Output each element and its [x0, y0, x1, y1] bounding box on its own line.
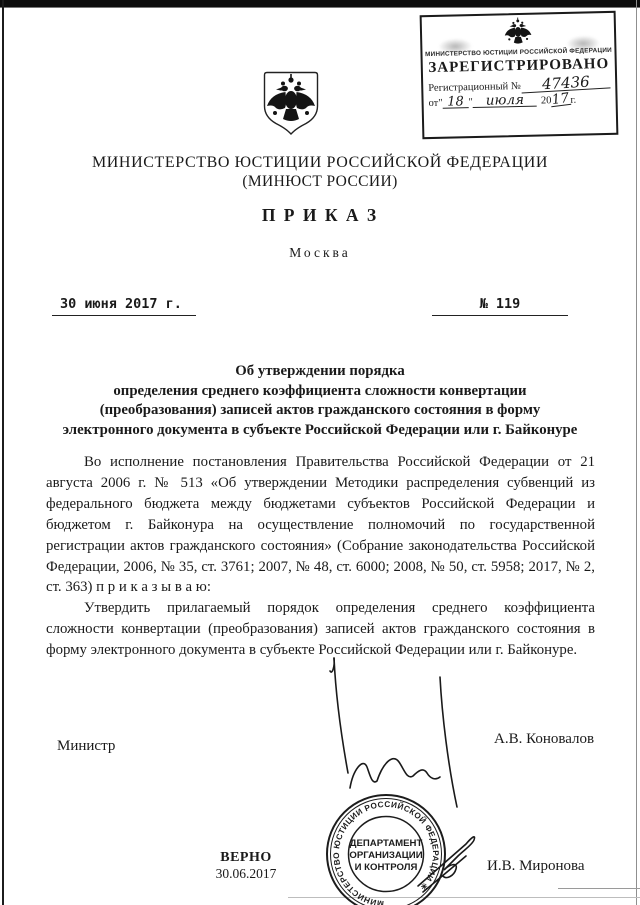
stamp-date-day: 18: [442, 96, 468, 109]
body-paragraph-1: Во исполнение постановления Правительств…: [46, 452, 595, 598]
stamp-smudge-right: [566, 35, 600, 52]
title-line-3: (преобразования) записей актов гражданск…: [30, 401, 610, 421]
document-type: П Р И К А З: [0, 205, 640, 226]
ministry-short-name: (МИНЮСТ РОССИИ): [0, 173, 640, 191]
document-body: Во исполнение постановления Правительств…: [46, 452, 595, 661]
title-line-2: определения среднего коэффициента сложно…: [30, 382, 610, 402]
seal-center-line-3: И КОНТРОЛЯ: [355, 862, 418, 873]
scan-artifact-left-line: [2, 0, 4, 905]
certification-verno: ВЕРНО: [196, 850, 296, 866]
stamp-date-row: от " 18 " июля 20 17 г.: [428, 93, 610, 109]
certification-date: 30.06.2017: [196, 866, 296, 882]
title-line-4: электронного документа в субъекте Россий…: [30, 421, 610, 441]
title-line-1: Об утверждении порядка: [30, 362, 610, 382]
stamp-date-label: от: [428, 98, 438, 109]
scan-artifact-bottom-line-1: [558, 888, 640, 889]
signer-name: А.В. Коновалов: [494, 731, 594, 748]
minister-signature: [315, 645, 475, 810]
stamp-smudge-left: [438, 38, 472, 55]
certifier-name: И.В. Миронова: [487, 858, 585, 875]
document-title: Об утверждении порядка определения средн…: [30, 362, 610, 440]
document-date: 30 июня 2017 г.: [52, 296, 196, 316]
document-page: МИНИСТЕРСТВО ЮСТИЦИИ РОССИЙСКОЙ ФЕДЕРАЦИ…: [0, 0, 640, 905]
stamp-date-year-value: 17: [550, 93, 571, 107]
registration-stamp: МИНИСТЕРСТВО ЮСТИЦИИ РОССИЙСКОЙ ФЕДЕРАЦИ…: [420, 11, 619, 139]
scan-artifact-top-band: [0, 0, 640, 7]
ministry-name: МИНИСТЕРСТВО ЮСТИЦИИ РОССИЙСКОЙ ФЕДЕРАЦИ…: [0, 154, 640, 172]
coat-of-arms-icon: [262, 70, 320, 136]
signer-position: Министр: [57, 738, 115, 755]
stamp-eagle-icon: [501, 17, 536, 49]
scan-artifact-top-line: [0, 7, 640, 8]
document-number: № 119: [432, 296, 568, 316]
certifier-signature: [410, 826, 488, 901]
document-city: Москва: [0, 245, 640, 261]
stamp-date-month: июля: [473, 95, 537, 108]
scan-artifact-right-line: [636, 0, 637, 905]
